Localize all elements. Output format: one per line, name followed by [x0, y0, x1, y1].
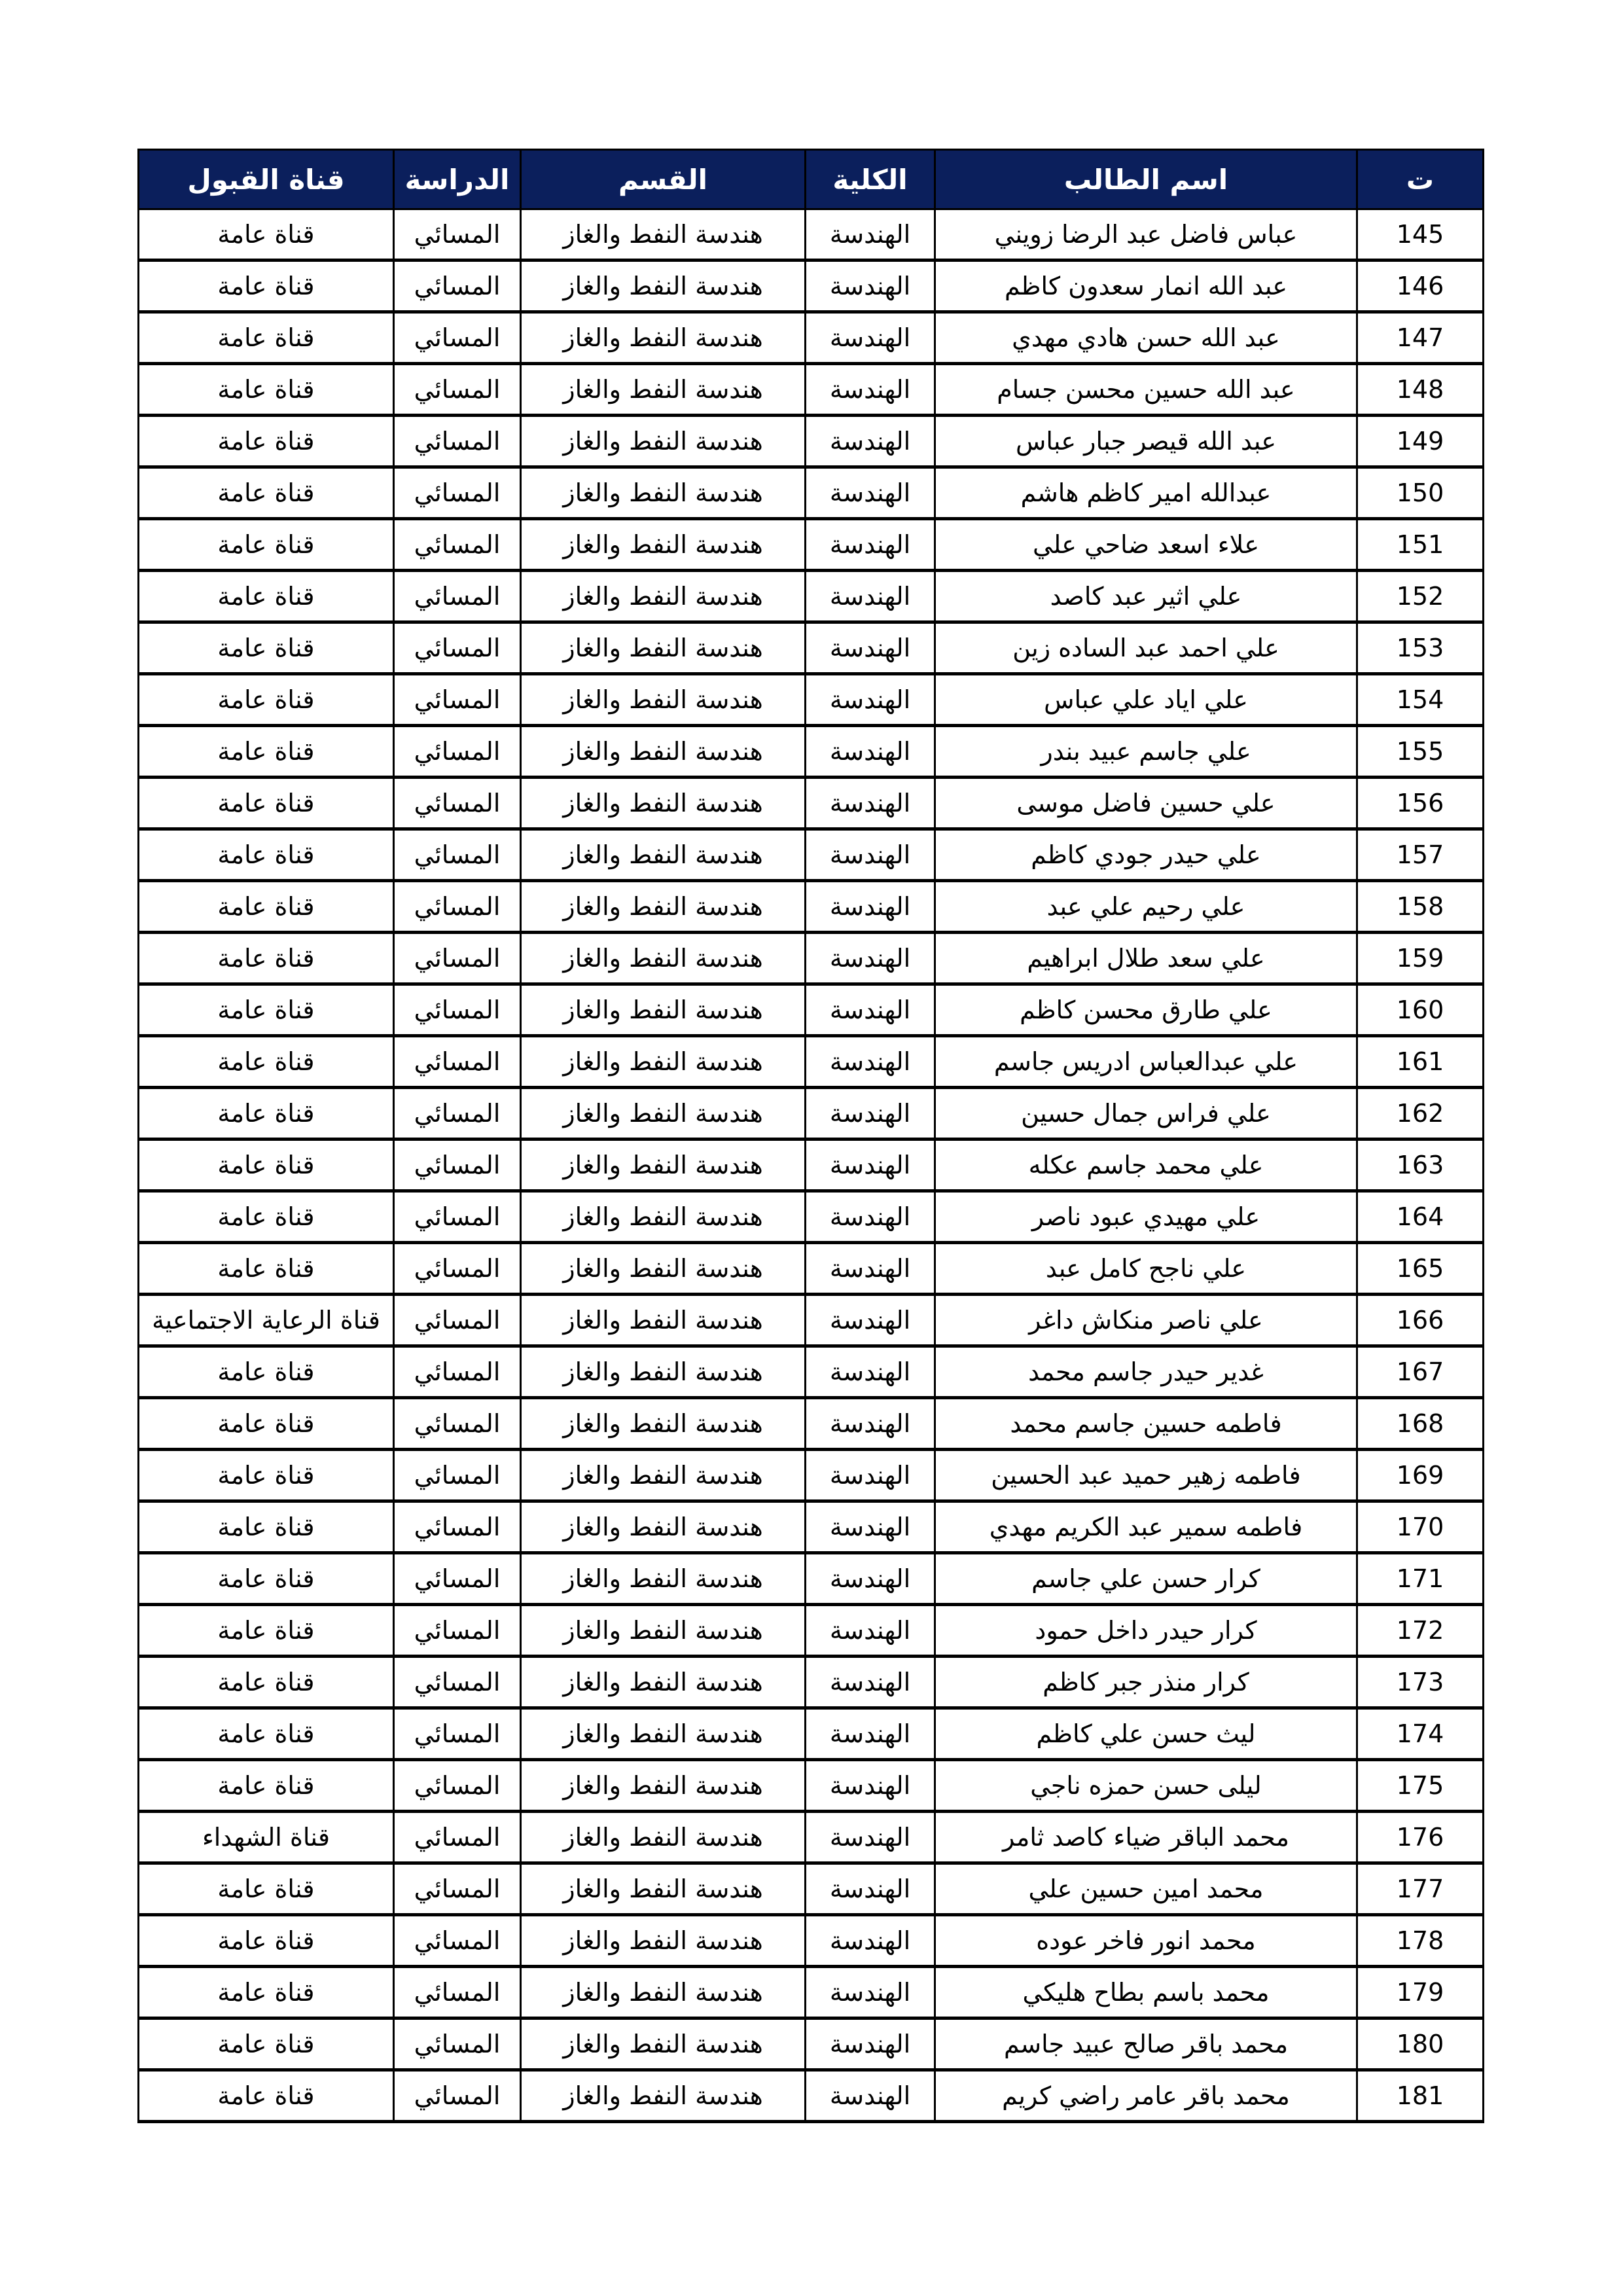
table-row: 163علي محمد جاسم عكلهالهندسةهندسة النفط … [139, 1139, 1484, 1191]
table-row: 171كرار حسن علي جاسمالهندسةهندسة النفط و… [139, 1553, 1484, 1605]
cell-student-name: علي اثير عبد كاصد [935, 571, 1357, 622]
cell-department: هندسة النفط والغاز [521, 2018, 806, 2070]
cell-study-type: المسائي [394, 1139, 521, 1191]
table-row: 173كرار منذر جبر كاظمالهندسةهندسة النفط … [139, 1657, 1484, 1708]
cell-college: الهندسة [806, 1139, 935, 1191]
cell-department: هندسة النفط والغاز [521, 726, 806, 778]
cell-department: هندسة النفط والغاز [521, 1605, 806, 1657]
cell-college: الهندسة [806, 2070, 935, 2122]
cell-study-type: المسائي [394, 1708, 521, 1760]
cell-college: الهندسة [806, 1036, 935, 1088]
cell-department: هندسة النفط والغاز [521, 778, 806, 829]
cell-department: هندسة النفط والغاز [521, 829, 806, 881]
cell-college: الهندسة [806, 260, 935, 312]
cell-study-type: المسائي [394, 1450, 521, 1501]
table-row: 178محمد انور فاخر عودهالهندسةهندسة النفط… [139, 1915, 1484, 1967]
table-row: 162علي فراس جمال حسينالهندسةهندسة النفط … [139, 1088, 1484, 1139]
cell-study-type: المسائي [394, 364, 521, 416]
table-row: 151علاء اسعد ضاحي عليالهندسةهندسة النفط … [139, 519, 1484, 571]
cell-department: هندسة النفط والغاز [521, 881, 806, 933]
cell-college: الهندسة [806, 1398, 935, 1450]
cell-study-type: المسائي [394, 1657, 521, 1708]
cell-college: الهندسة [806, 1450, 935, 1501]
cell-student-name: فاطمه سمير عبد الكريم مهدي [935, 1501, 1357, 1553]
cell-department: هندسة النفط والغاز [521, 674, 806, 726]
student-roster-table: ت اسم الطالب الكلية القسم الدراسة قناة ا… [137, 149, 1484, 2123]
cell-admission-channel: قناة عامة [139, 622, 394, 674]
cell-student-name: علي احمد عبد الساده زين [935, 622, 1357, 674]
cell-college: الهندسة [806, 1915, 935, 1967]
cell-number: 163 [1357, 1139, 1484, 1191]
cell-number: 148 [1357, 364, 1484, 416]
cell-department: هندسة النفط والغاز [521, 312, 806, 364]
cell-college: الهندسة [806, 1243, 935, 1295]
cell-student-name: ليث حسن علي كاظم [935, 1708, 1357, 1760]
cell-college: الهندسة [806, 571, 935, 622]
cell-study-type: المسائي [394, 312, 521, 364]
cell-number: 168 [1357, 1398, 1484, 1450]
cell-study-type: المسائي [394, 726, 521, 778]
cell-number: 178 [1357, 1915, 1484, 1967]
cell-study-type: المسائي [394, 416, 521, 467]
cell-department: هندسة النفط والغاز [521, 1760, 806, 1812]
cell-number: 167 [1357, 1346, 1484, 1398]
cell-student-name: عباس فاضل عبد الرضا زويني [935, 209, 1357, 260]
table-row: 179محمد باسم بطاح هليكيالهندسةهندسة النف… [139, 1967, 1484, 2018]
cell-admission-channel: قناة عامة [139, 1605, 394, 1657]
cell-number: 150 [1357, 467, 1484, 519]
cell-college: الهندسة [806, 622, 935, 674]
cell-admission-channel: قناة عامة [139, 2070, 394, 2122]
cell-student-name: علي فراس جمال حسين [935, 1088, 1357, 1139]
table-row: 160علي طارق محسن كاظمالهندسةهندسة النفط … [139, 984, 1484, 1036]
cell-college: الهندسة [806, 1863, 935, 1915]
cell-department: هندسة النفط والغاز [521, 1812, 806, 1863]
cell-student-name: علي محمد جاسم عكله [935, 1139, 1357, 1191]
cell-number: 151 [1357, 519, 1484, 571]
cell-admission-channel: قناة عامة [139, 1398, 394, 1450]
cell-study-type: المسائي [394, 1863, 521, 1915]
cell-college: الهندسة [806, 1088, 935, 1139]
table-row: 149عبد الله قيصر جبار عباسالهندسةهندسة ا… [139, 416, 1484, 467]
cell-college: الهندسة [806, 1191, 935, 1243]
table-row: 145عباس فاضل عبد الرضا زوينيالهندسةهندسة… [139, 209, 1484, 260]
cell-study-type: المسائي [394, 1760, 521, 1812]
header-row: ت اسم الطالب الكلية القسم الدراسة قناة ا… [139, 150, 1484, 209]
cell-study-type: المسائي [394, 1501, 521, 1553]
cell-admission-channel: قناة عامة [139, 1191, 394, 1243]
cell-number: 174 [1357, 1708, 1484, 1760]
cell-study-type: المسائي [394, 519, 521, 571]
cell-college: الهندسة [806, 726, 935, 778]
table-row: 164علي مهيدي عبود ناصرالهندسةهندسة النفط… [139, 1191, 1484, 1243]
cell-study-type: المسائي [394, 881, 521, 933]
cell-number: 154 [1357, 674, 1484, 726]
cell-student-name: محمد الباقر ضياء كاصد ثامر [935, 1812, 1357, 1863]
cell-admission-channel: قناة الرعاية الاجتماعية [139, 1295, 394, 1346]
table-row: 147عبد الله حسن هادي مهديالهندسةهندسة ال… [139, 312, 1484, 364]
cell-student-name: علي سعد طلال ابراهيم [935, 933, 1357, 984]
cell-student-name: علي حسين فاضل موسى [935, 778, 1357, 829]
cell-admission-channel: قناة عامة [139, 1967, 394, 2018]
cell-student-name: فاطمه حسين جاسم محمد [935, 1398, 1357, 1450]
cell-number: 181 [1357, 2070, 1484, 2122]
cell-number: 147 [1357, 312, 1484, 364]
cell-study-type: المسائي [394, 209, 521, 260]
cell-student-name: علي مهيدي عبود ناصر [935, 1191, 1357, 1243]
cell-department: هندسة النفط والغاز [521, 416, 806, 467]
cell-department: هندسة النفط والغاز [521, 1243, 806, 1295]
cell-number: 170 [1357, 1501, 1484, 1553]
cell-study-type: المسائي [394, 1295, 521, 1346]
cell-number: 161 [1357, 1036, 1484, 1088]
cell-admission-channel: قناة عامة [139, 778, 394, 829]
cell-admission-channel: قناة عامة [139, 1760, 394, 1812]
cell-department: هندسة النفط والغاز [521, 1139, 806, 1191]
cell-admission-channel: قناة عامة [139, 1450, 394, 1501]
cell-department: هندسة النفط والغاز [521, 1708, 806, 1760]
cell-number: 179 [1357, 1967, 1484, 2018]
cell-number: 169 [1357, 1450, 1484, 1501]
cell-admission-channel: قناة عامة [139, 519, 394, 571]
table-row: 166علي ناصر منكاش داغرالهندسةهندسة النفط… [139, 1295, 1484, 1346]
cell-college: الهندسة [806, 933, 935, 984]
table-row: 181محمد باقر عامر راضي كريمالهندسةهندسة … [139, 2070, 1484, 2122]
cell-student-name: غدير حيدر جاسم محمد [935, 1346, 1357, 1398]
cell-student-name: علي ناجح كامل عبد [935, 1243, 1357, 1295]
cell-department: هندسة النفط والغاز [521, 2070, 806, 2122]
table-row: 158علي رحيم علي عبدالهندسةهندسة النفط وا… [139, 881, 1484, 933]
table-row: 157علي حيدر جودي كاظمالهندسةهندسة النفط … [139, 829, 1484, 881]
cell-student-name: عبد الله حسن هادي مهدي [935, 312, 1357, 364]
cell-student-name: محمد انور فاخر عوده [935, 1915, 1357, 1967]
cell-college: الهندسة [806, 1657, 935, 1708]
table-row: 161علي عبدالعباس ادريس جاسمالهندسةهندسة … [139, 1036, 1484, 1088]
cell-number: 172 [1357, 1605, 1484, 1657]
cell-admission-channel: قناة عامة [139, 1863, 394, 1915]
cell-admission-channel: قناة عامة [139, 1501, 394, 1553]
cell-department: هندسة النفط والغاز [521, 1501, 806, 1553]
cell-admission-channel: قناة عامة [139, 881, 394, 933]
cell-number: 145 [1357, 209, 1484, 260]
cell-admission-channel: قناة عامة [139, 1088, 394, 1139]
cell-department: هندسة النفط والغاز [521, 1191, 806, 1243]
cell-student-name: كرار حيدر داخل حمود [935, 1605, 1357, 1657]
cell-admission-channel: قناة عامة [139, 1243, 394, 1295]
cell-student-name: علي رحيم علي عبد [935, 881, 1357, 933]
cell-student-name: علاء اسعد ضاحي علي [935, 519, 1357, 571]
cell-admission-channel: قناة عامة [139, 312, 394, 364]
cell-student-name: علي عبدالعباس ادريس جاسم [935, 1036, 1357, 1088]
cell-number: 164 [1357, 1191, 1484, 1243]
cell-college: الهندسة [806, 1553, 935, 1605]
table-row: 152علي اثير عبد كاصدالهندسةهندسة النفط و… [139, 571, 1484, 622]
cell-admission-channel: قناة عامة [139, 674, 394, 726]
cell-student-name: عبد الله قيصر جبار عباس [935, 416, 1357, 467]
cell-admission-channel: قناة عامة [139, 2018, 394, 2070]
table-row: 165علي ناجح كامل عبدالهندسةهندسة النفط و… [139, 1243, 1484, 1295]
cell-college: الهندسة [806, 881, 935, 933]
table-row: 159علي سعد طلال ابراهيمالهندسةهندسة النف… [139, 933, 1484, 984]
cell-study-type: المسائي [394, 2070, 521, 2122]
table-row: 176محمد الباقر ضياء كاصد ثامرالهندسةهندس… [139, 1812, 1484, 1863]
cell-college: الهندسة [806, 984, 935, 1036]
cell-study-type: المسائي [394, 622, 521, 674]
cell-study-type: المسائي [394, 1967, 521, 2018]
cell-study-type: المسائي [394, 1191, 521, 1243]
cell-college: الهندسة [806, 312, 935, 364]
cell-department: هندسة النفط والغاز [521, 1346, 806, 1398]
cell-number: 149 [1357, 416, 1484, 467]
table-row: 177محمد امين حسين عليالهندسةهندسة النفط … [139, 1863, 1484, 1915]
cell-admission-channel: قناة عامة [139, 467, 394, 519]
table-row: 167غدير حيدر جاسم محمدالهندسةهندسة النفط… [139, 1346, 1484, 1398]
column-header-student-name: اسم الطالب [935, 150, 1357, 209]
table-row: 174ليث حسن علي كاظمالهندسةهندسة النفط وا… [139, 1708, 1484, 1760]
cell-number: 180 [1357, 2018, 1484, 2070]
cell-study-type: المسائي [394, 1812, 521, 1863]
cell-study-type: المسائي [394, 984, 521, 1036]
cell-admission-channel: قناة عامة [139, 209, 394, 260]
cell-study-type: المسائي [394, 674, 521, 726]
document-page: ت اسم الطالب الكلية القسم الدراسة قناة ا… [139, 149, 1484, 2123]
table-row: 175ليلى حسن حمزه ناجيالهندسةهندسة النفط … [139, 1760, 1484, 1812]
cell-student-name: ليلى حسن حمزه ناجي [935, 1760, 1357, 1812]
cell-admission-channel: قناة عامة [139, 984, 394, 1036]
cell-department: هندسة النفط والغاز [521, 622, 806, 674]
cell-number: 156 [1357, 778, 1484, 829]
cell-college: الهندسة [806, 209, 935, 260]
cell-college: الهندسة [806, 519, 935, 571]
cell-department: هندسة النفط والغاز [521, 260, 806, 312]
cell-number: 173 [1357, 1657, 1484, 1708]
cell-study-type: المسائي [394, 467, 521, 519]
cell-department: هندسة النفط والغاز [521, 571, 806, 622]
cell-department: هندسة النفط والغاز [521, 467, 806, 519]
cell-department: هندسة النفط والغاز [521, 1967, 806, 2018]
cell-student-name: عبد الله حسين محسن جسام [935, 364, 1357, 416]
cell-study-type: المسائي [394, 1398, 521, 1450]
table-header: ت اسم الطالب الكلية القسم الدراسة قناة ا… [139, 150, 1484, 209]
cell-department: هندسة النفط والغاز [521, 1295, 806, 1346]
cell-admission-channel: قناة عامة [139, 260, 394, 312]
cell-admission-channel: قناة عامة [139, 416, 394, 467]
column-header-admission-channel: قناة القبول [139, 150, 394, 209]
cell-number: 158 [1357, 881, 1484, 933]
cell-study-type: المسائي [394, 933, 521, 984]
cell-student-name: محمد باقر عامر راضي كريم [935, 2070, 1357, 2122]
cell-department: هندسة النفط والغاز [521, 209, 806, 260]
cell-student-name: علي ناصر منكاش داغر [935, 1295, 1357, 1346]
cell-study-type: المسائي [394, 778, 521, 829]
table-row: 154علي اياد علي عباسالهندسةهندسة النفط و… [139, 674, 1484, 726]
table-row: 169فاطمه زهير حميد عبد الحسينالهندسةهندس… [139, 1450, 1484, 1501]
cell-admission-channel: قناة عامة [139, 933, 394, 984]
cell-admission-channel: قناة عامة [139, 829, 394, 881]
cell-study-type: المسائي [394, 1243, 521, 1295]
table-row: 170فاطمه سمير عبد الكريم مهديالهندسةهندس… [139, 1501, 1484, 1553]
cell-study-type: المسائي [394, 571, 521, 622]
cell-college: الهندسة [806, 1708, 935, 1760]
table-row: 148عبد الله حسين محسن جسامالهندسةهندسة ا… [139, 364, 1484, 416]
cell-study-type: المسائي [394, 1605, 521, 1657]
cell-study-type: المسائي [394, 2018, 521, 2070]
cell-study-type: المسائي [394, 260, 521, 312]
cell-student-name: كرار منذر جبر كاظم [935, 1657, 1357, 1708]
cell-college: الهندسة [806, 467, 935, 519]
cell-number: 146 [1357, 260, 1484, 312]
cell-student-name: علي حيدر جودي كاظم [935, 829, 1357, 881]
table-row: 168فاطمه حسين جاسم محمدالهندسةهندسة النف… [139, 1398, 1484, 1450]
cell-student-name: كرار حسن علي جاسم [935, 1553, 1357, 1605]
cell-college: الهندسة [806, 1346, 935, 1398]
cell-number: 175 [1357, 1760, 1484, 1812]
cell-admission-channel: قناة عامة [139, 1139, 394, 1191]
cell-number: 166 [1357, 1295, 1484, 1346]
cell-student-name: عبد الله انمار سعدون كاظم [935, 260, 1357, 312]
cell-student-name: عبدالله امير كاظم هاشم [935, 467, 1357, 519]
cell-college: الهندسة [806, 2018, 935, 2070]
cell-study-type: المسائي [394, 1346, 521, 1398]
cell-department: هندسة النفط والغاز [521, 1398, 806, 1450]
table-row: 150عبدالله امير كاظم هاشمالهندسةهندسة ال… [139, 467, 1484, 519]
cell-student-name: محمد امين حسين علي [935, 1863, 1357, 1915]
cell-department: هندسة النفط والغاز [521, 1088, 806, 1139]
cell-student-name: علي اياد علي عباس [935, 674, 1357, 726]
cell-college: الهندسة [806, 1812, 935, 1863]
cell-department: هندسة النفط والغاز [521, 1657, 806, 1708]
cell-study-type: المسائي [394, 1036, 521, 1088]
cell-department: هندسة النفط والغاز [521, 519, 806, 571]
cell-college: الهندسة [806, 1501, 935, 1553]
cell-college: الهندسة [806, 1967, 935, 2018]
column-header-study-type: الدراسة [394, 150, 521, 209]
cell-number: 157 [1357, 829, 1484, 881]
cell-department: هندسة النفط والغاز [521, 1863, 806, 1915]
cell-number: 162 [1357, 1088, 1484, 1139]
table-row: 172كرار حيدر داخل حمودالهندسةهندسة النفط… [139, 1605, 1484, 1657]
cell-department: هندسة النفط والغاز [521, 933, 806, 984]
cell-department: هندسة النفط والغاز [521, 984, 806, 1036]
cell-number: 171 [1357, 1553, 1484, 1605]
cell-admission-channel: قناة عامة [139, 1553, 394, 1605]
cell-admission-channel: قناة عامة [139, 1036, 394, 1088]
cell-number: 159 [1357, 933, 1484, 984]
cell-student-name: محمد باسم بطاح هليكي [935, 1967, 1357, 2018]
cell-department: هندسة النفط والغاز [521, 1450, 806, 1501]
cell-number: 153 [1357, 622, 1484, 674]
cell-admission-channel: قناة عامة [139, 1346, 394, 1398]
table-row: 155علي جاسم عبيد بندرالهندسةهندسة النفط … [139, 726, 1484, 778]
table-row: 156علي حسين فاضل موسىالهندسةهندسة النفط … [139, 778, 1484, 829]
cell-student-name: محمد باقر صالح عبيد جاسم [935, 2018, 1357, 2070]
cell-number: 165 [1357, 1243, 1484, 1295]
column-header-college: الكلية [806, 150, 935, 209]
cell-student-name: فاطمه زهير حميد عبد الحسين [935, 1450, 1357, 1501]
cell-admission-channel: قناة عامة [139, 364, 394, 416]
cell-number: 160 [1357, 984, 1484, 1036]
cell-department: هندسة النفط والغاز [521, 1553, 806, 1605]
cell-number: 177 [1357, 1863, 1484, 1915]
cell-number: 155 [1357, 726, 1484, 778]
column-header-number: ت [1357, 150, 1484, 209]
cell-number: 152 [1357, 571, 1484, 622]
cell-admission-channel: قناة عامة [139, 726, 394, 778]
cell-admission-channel: قناة عامة [139, 1708, 394, 1760]
cell-college: الهندسة [806, 829, 935, 881]
table-row: 146عبد الله انمار سعدون كاظمالهندسةهندسة… [139, 260, 1484, 312]
cell-study-type: المسائي [394, 1915, 521, 1967]
cell-college: الهندسة [806, 778, 935, 829]
table-body: 145عباس فاضل عبد الرضا زوينيالهندسةهندسة… [139, 209, 1484, 2122]
cell-department: هندسة النفط والغاز [521, 1915, 806, 1967]
cell-admission-channel: قناة عامة [139, 1657, 394, 1708]
column-header-department: القسم [521, 150, 806, 209]
cell-study-type: المسائي [394, 1088, 521, 1139]
cell-department: هندسة النفط والغاز [521, 1036, 806, 1088]
table-row: 180محمد باقر صالح عبيد جاسمالهندسةهندسة … [139, 2018, 1484, 2070]
table-row: 153علي احمد عبد الساده زينالهندسةهندسة ا… [139, 622, 1484, 674]
cell-college: الهندسة [806, 1295, 935, 1346]
cell-admission-channel: قناة عامة [139, 1915, 394, 1967]
cell-student-name: علي طارق محسن كاظم [935, 984, 1357, 1036]
cell-college: الهندسة [806, 416, 935, 467]
cell-study-type: المسائي [394, 1553, 521, 1605]
cell-college: الهندسة [806, 1760, 935, 1812]
cell-admission-channel: قناة عامة [139, 571, 394, 622]
cell-student-name: علي جاسم عبيد بندر [935, 726, 1357, 778]
cell-college: الهندسة [806, 364, 935, 416]
cell-college: الهندسة [806, 674, 935, 726]
cell-department: هندسة النفط والغاز [521, 364, 806, 416]
cell-admission-channel: قناة الشهداء [139, 1812, 394, 1863]
cell-study-type: المسائي [394, 829, 521, 881]
cell-number: 176 [1357, 1812, 1484, 1863]
cell-college: الهندسة [806, 1605, 935, 1657]
